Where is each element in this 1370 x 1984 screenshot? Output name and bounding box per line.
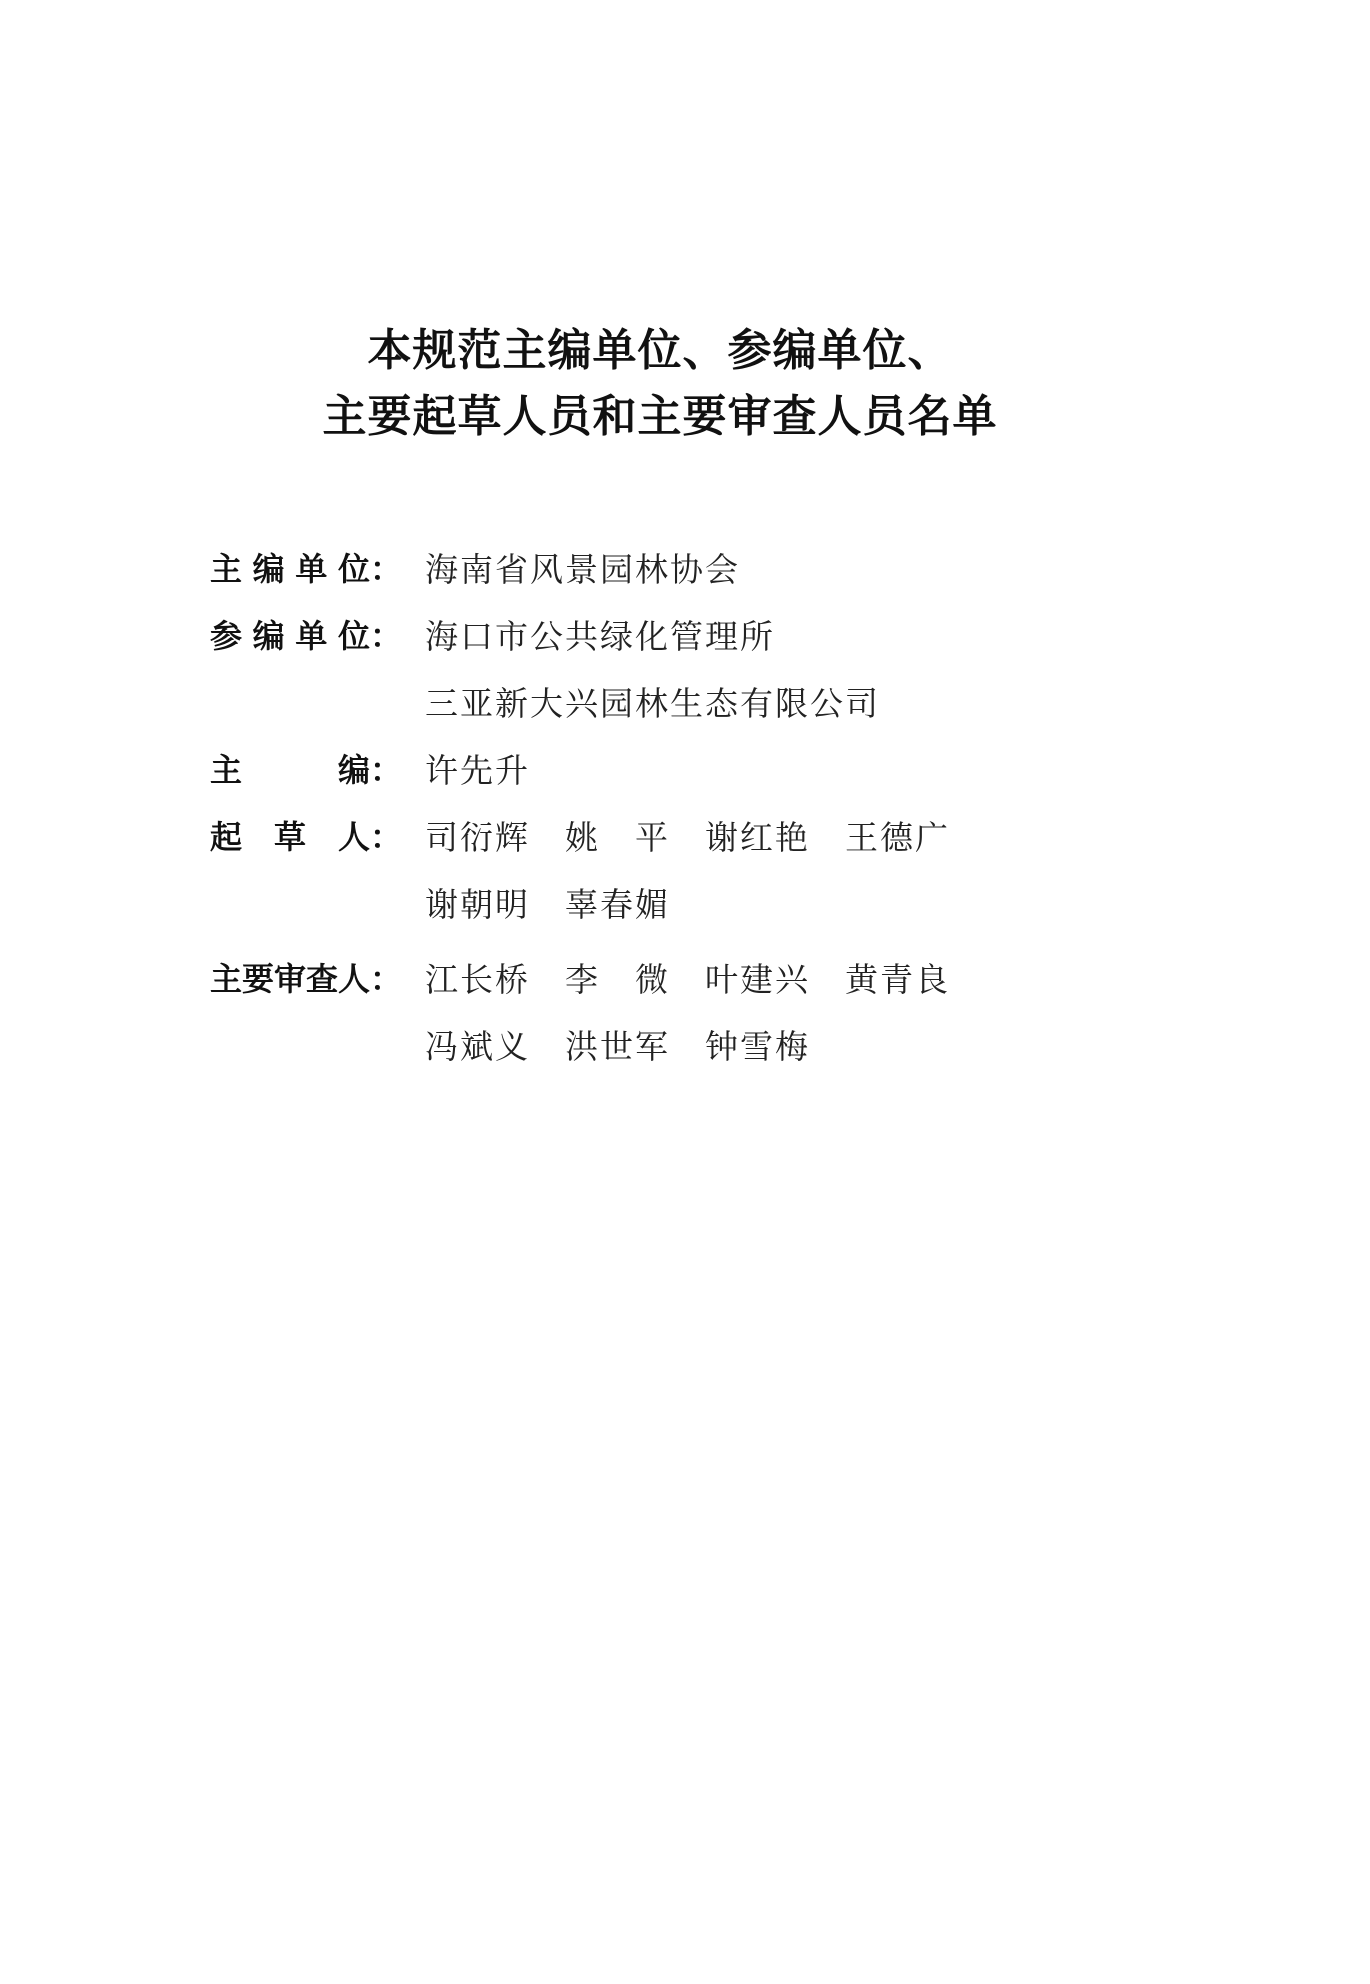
value-line: 海口市公共绿化管理所 <box>425 603 1110 670</box>
entry-participating-orgs: 参编单位： 海口市公共绿化管理所 三亚新大兴园林生态有限公司 <box>210 603 1110 737</box>
entry-label-colon: ： <box>370 603 425 670</box>
value-line: 三亚新大兴园林生态有限公司 <box>425 670 1110 737</box>
entry-label-text: 主编单位 <box>210 536 370 603</box>
entry-chief-editing-org: 主编单位： 海南省风景园林协会 <box>210 536 1110 603</box>
title-line-1: 本规范主编单位、参编单位、 <box>210 318 1110 384</box>
entry-label-text: 参编单位 <box>210 603 370 670</box>
value-line: 海南省风景园林协会 <box>425 536 1110 603</box>
entry-label: 参编单位： <box>210 603 425 670</box>
content-column: 本规范主编单位、参编单位、 主要起草人员和主要审查人员名单 主编单位： 海南省风… <box>210 318 1110 1080</box>
entry-label-text: 起草人 <box>210 804 370 871</box>
entry-label-text: 主要审查人 <box>210 946 370 1013</box>
entry-label: 主要审查人： <box>210 946 425 1013</box>
entry-label: 主编单位： <box>210 536 425 603</box>
value-line: 江长桥 李 微 叶建兴 黄青良 <box>425 946 1110 1013</box>
entry-chief-editor: 主编： 许先升 <box>210 737 1110 804</box>
entry-label-colon: ： <box>370 536 425 603</box>
entry-label-colon: ： <box>370 946 425 1013</box>
value-line: 谢朝明 辜春媚 <box>425 871 1110 938</box>
entry-values: 海口市公共绿化管理所 三亚新大兴园林生态有限公司 <box>425 603 1110 737</box>
entry-label-colon: ： <box>370 804 425 871</box>
entry-main-reviewers: 主要审查人： 江长桥 李 微 叶建兴 黄青良 冯斌义 洪世军 钟雪梅 <box>210 946 1110 1080</box>
entry-values: 海南省风景园林协会 <box>425 536 1110 603</box>
value-line: 许先升 <box>425 737 1110 804</box>
page-title: 本规范主编单位、参编单位、 主要起草人员和主要审查人员名单 <box>210 318 1110 450</box>
entry-label-text: 主编 <box>210 737 370 804</box>
entry-values: 江长桥 李 微 叶建兴 黄青良 冯斌义 洪世军 钟雪梅 <box>425 946 1110 1080</box>
entry-values: 司衍辉 姚 平 谢红艳 王德广 谢朝明 辜春媚 <box>425 804 1110 938</box>
entry-label-colon: ： <box>370 737 425 804</box>
entry-drafters: 起草人： 司衍辉 姚 平 谢红艳 王德广 谢朝明 辜春媚 <box>210 804 1110 938</box>
entry-label: 主编： <box>210 737 425 804</box>
entry-values: 许先升 <box>425 737 1110 804</box>
value-line: 冯斌义 洪世军 钟雪梅 <box>425 1013 1110 1080</box>
value-line: 司衍辉 姚 平 谢红艳 王德广 <box>425 804 1110 871</box>
credits-list: 主编单位： 海南省风景园林协会 参编单位： 海口市公共绿化管理所 三亚新大兴园林… <box>210 536 1110 1080</box>
title-line-2: 主要起草人员和主要审查人员名单 <box>210 384 1110 450</box>
document-page: 本规范主编单位、参编单位、 主要起草人员和主要审查人员名单 主编单位： 海南省风… <box>0 0 1370 1984</box>
entry-label: 起草人： <box>210 804 425 871</box>
